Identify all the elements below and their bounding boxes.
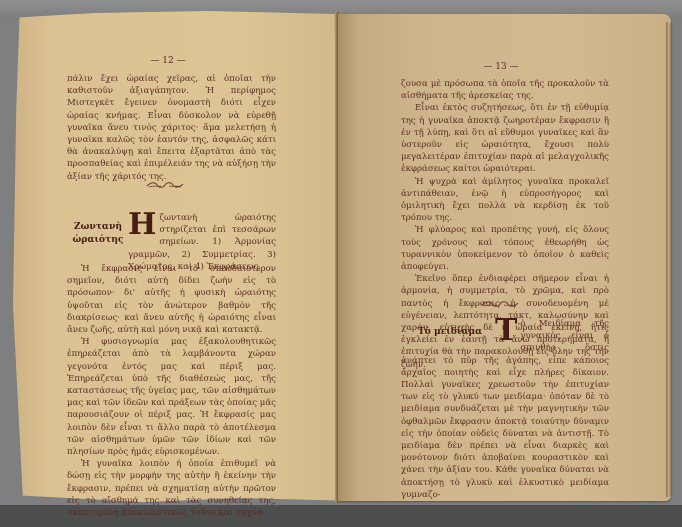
side-heading-line: ὡραιότης	[70, 233, 126, 246]
paragraph: Ἡ γυναῖκα λοιπὸν ἡ ὁποία ἐπιθυμεῖ νὰ δώσ…	[67, 458, 276, 519]
ornament-divider-icon	[480, 300, 520, 308]
drop-cap: Η	[128, 213, 156, 237]
paragraph: Ἡ ἔκφρασις εἶναι τὸ σπουδαιότερον σημεῖο…	[67, 263, 276, 336]
paragraph: πάλιν ἔχει ὡραίας χεῖρας, αἱ ὁποῖαι τὴν …	[67, 73, 276, 183]
side-heading-line: Ζωντανὴ	[70, 220, 126, 233]
side-heading-living-beauty: Ζωντανὴ ὡραιότης	[70, 220, 126, 246]
paragraph: Εἶναι ἐκτὸς συζητήσεως, ὅτι ἐν τῇ εὐθυμί…	[401, 102, 609, 175]
side-heading-spacer	[401, 318, 495, 354]
right-page-edge	[666, 22, 672, 497]
left-page-number: — 12 —	[128, 56, 208, 66]
smile-section-body: Τ ὸ Μειδίαμα τῆς γυναικὸς εἶναι ὁ σπινθὴ…	[401, 318, 609, 501]
paragraph: Ἡ φλύαρος καὶ προπέτης γυνή, εἰς ὅλους τ…	[401, 224, 609, 273]
living-beauty-body: Ἡ ἔκφρασις εἶναι τὸ σπουδαιότερον σημεῖο…	[67, 263, 276, 519]
left-page-opening-paragraph: πάλιν ἔχει ὡραίας χεῖρας, αἱ ὁποῖαι τὴν …	[67, 73, 276, 183]
right-page-number: — 13 —	[461, 62, 541, 72]
ornament-divider-icon	[145, 181, 185, 189]
paragraph: Ἡ ψυχρὰ καὶ ἀμίλητος γυναῖκα προκαλεῖ ἀν…	[401, 176, 609, 225]
paragraph: ζουσα μὲ πρόσωπα τὰ ὁποῖα τῆς προκαλοῦν …	[401, 78, 609, 102]
paragraph: Ἡ φυσιογνωμία μας ἐξακολουθητικῶς ἐπηρεά…	[67, 336, 276, 458]
drop-cap: Τ	[495, 319, 517, 343]
